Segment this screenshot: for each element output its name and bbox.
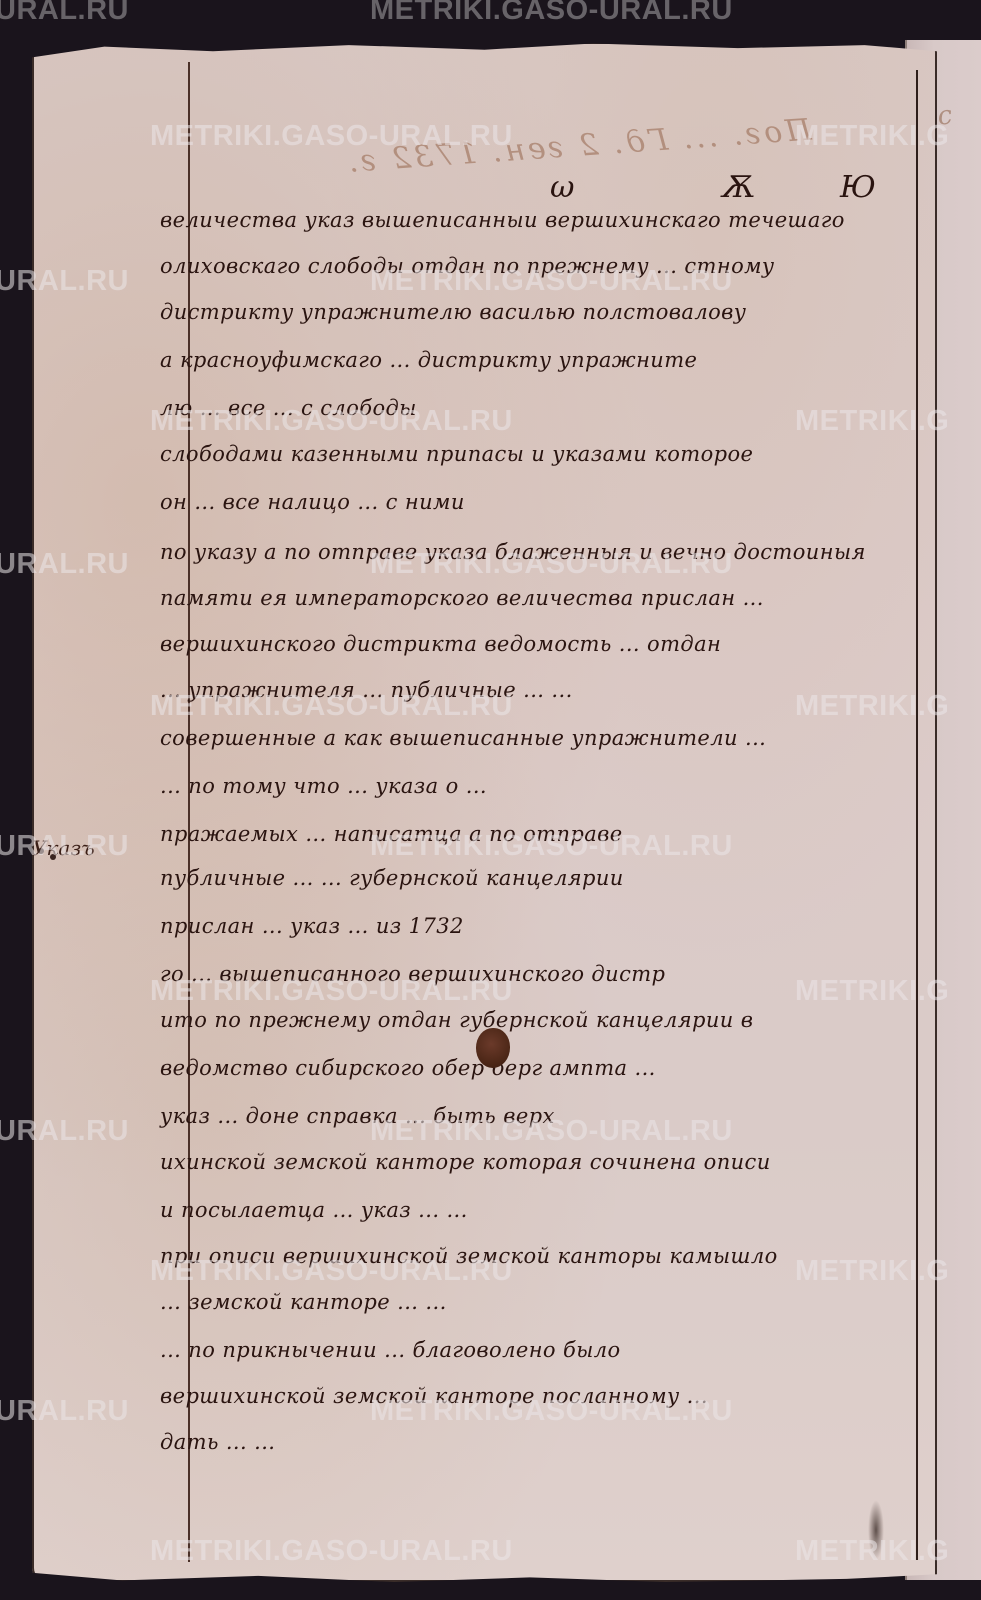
manuscript-line: ... по прикнычении ... благоволено было bbox=[160, 1338, 621, 1362]
manuscript-line: дистрикту упражнителю василью полстовало… bbox=[160, 300, 746, 324]
manuscript-line: ихинской земской канторе которая сочинен… bbox=[160, 1150, 771, 1174]
left-margin-rule bbox=[188, 62, 190, 1562]
manuscript-line: и посылаетца ... указ ... ... bbox=[160, 1198, 468, 1222]
manuscript-line: а красноуфимскаго ... дистрикту упражнит… bbox=[160, 348, 697, 372]
watermark-text: URAL.RU bbox=[0, 0, 129, 27]
superscript-glyph: ω bbox=[550, 170, 574, 205]
ink-dot bbox=[38, 848, 44, 854]
manuscript-line: при описи вершихинской земской канторы к… bbox=[160, 1244, 778, 1268]
manuscript-line: го ... вышеписанного вершихинского дистр bbox=[160, 962, 665, 986]
manuscript-line: дать ... ... bbox=[160, 1430, 275, 1454]
manuscript-line: ... по тому что ... указа о ... bbox=[160, 774, 487, 798]
manuscript-line: совершенные а как вышеписанные упражните… bbox=[160, 726, 766, 750]
ink-smudge bbox=[868, 1500, 884, 1560]
manuscript-line: ведомство сибирского обер берг ампта ... bbox=[160, 1056, 656, 1080]
manuscript-line: пражаемых ... написатца а по отправе bbox=[160, 822, 623, 846]
manuscript-line: публичные ... ... губернской канцелярии bbox=[160, 866, 624, 890]
manuscript-line: ... упражнителя ... публичные ... ... bbox=[160, 678, 573, 702]
manuscript-line: вершихинского дистрикта ведомость ... от… bbox=[160, 632, 721, 656]
top-superscripts: ω Ѫ Ю bbox=[160, 170, 885, 210]
manuscript-line: памяти ея императорского величества прис… bbox=[160, 586, 764, 610]
right-margin-rule bbox=[916, 70, 918, 1560]
manuscript-line: олиховскаго слободы отдан по прежнему ..… bbox=[160, 254, 775, 278]
manuscript-line: ... земской канторе ... ... bbox=[160, 1290, 447, 1314]
superscript-glyph: Ѫ bbox=[720, 170, 754, 205]
manuscript-line: вершихинской земской канторе посланному … bbox=[160, 1384, 708, 1408]
superscript-glyph: Ю bbox=[840, 170, 876, 205]
ink-dot bbox=[50, 854, 56, 860]
manuscript-line: ито по прежнему отдан губернской канцеля… bbox=[160, 1008, 753, 1032]
manuscript-line: по указу а по отправе указа блаженныя и … bbox=[160, 540, 866, 564]
manuscript-line: лю ... все ... с слободы bbox=[160, 396, 417, 420]
watermark-text: METRIKI.GASO-URAL.RU bbox=[370, 0, 733, 27]
manuscript-line: прислан ... указ ... из 1732 bbox=[160, 914, 464, 938]
scan-background: 1с Пог. ... Гд. 2 ген. 1732 г. Указъ ω Ѫ… bbox=[0, 0, 981, 1600]
manuscript-line: указ ... доне справка ... быть верх bbox=[160, 1104, 555, 1128]
wax-seal-spot bbox=[476, 1028, 510, 1068]
manuscript-line: слободами казенными припасы и указами ко… bbox=[160, 442, 753, 466]
manuscript-line: он ... все налицо ... с ними bbox=[160, 490, 465, 514]
manuscript-line: величества указ вышеписанныи вершихинска… bbox=[160, 208, 845, 232]
